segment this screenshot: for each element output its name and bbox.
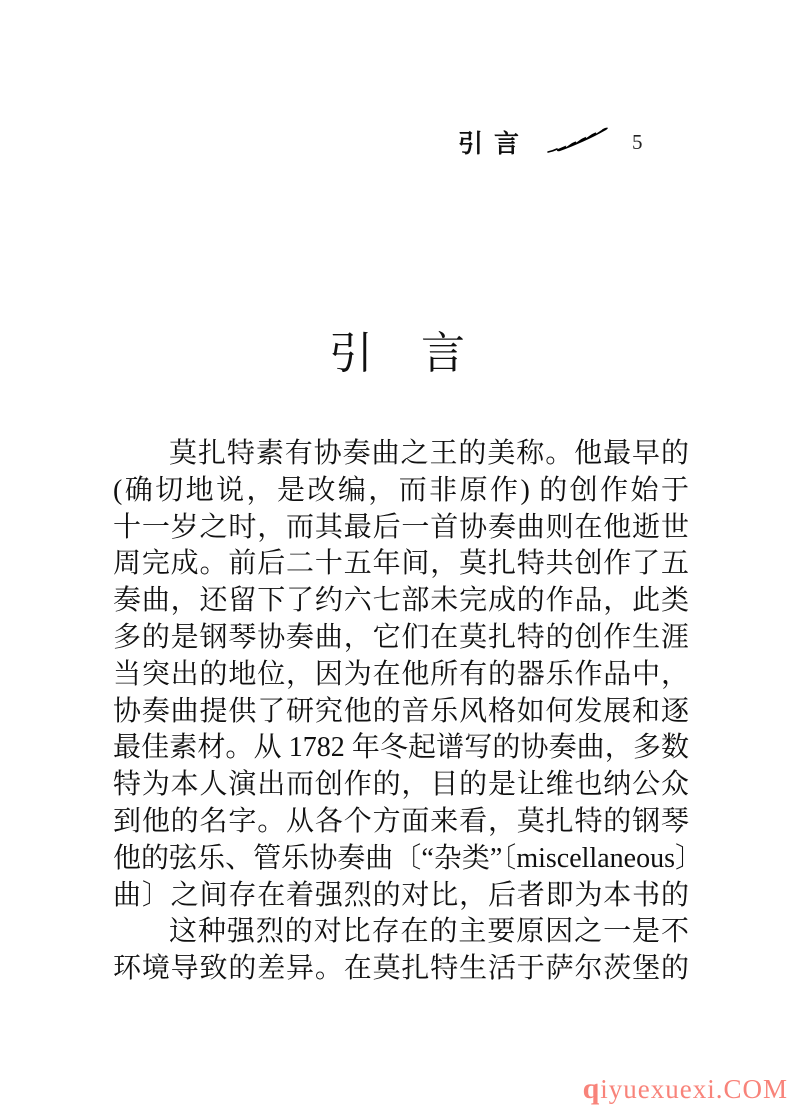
body-line: 莫扎特素有协奏曲之王的美称。他最早的协奏曲 — [113, 436, 689, 473]
body-line: 到他的名字。从各个方面来看，莫扎特的钢琴协奏曲和 — [113, 804, 689, 841]
body-line: 曲〕之间存在着强烈的对比，后者即为本书的主题。 — [113, 878, 689, 915]
running-header-title: 引言 — [458, 124, 530, 160]
body-line: 特为本人演出而创作的，目的是让维也纳公众能经常见 — [113, 767, 689, 804]
body-line: (确切地说，是改编，而非原作) 的创作始于 1767 年他 — [113, 473, 689, 510]
body-line: 协奏曲提供了研究他的音乐风格如何发展和逐步成熟的 — [113, 694, 689, 731]
body-line: 当突出的地位，因为在他所有的器乐作品中，这些钢琴 — [113, 657, 689, 694]
watermark: qiyuexuexi.COM — [583, 1072, 788, 1106]
body-line: 周完成。前后二十五年间，莫扎特共创作了五十余首协 — [113, 546, 689, 583]
body-line: 环境导致的差异。在莫扎特生活于萨尔茨堡的青少年时 — [113, 951, 689, 988]
watermark-bold-letter: q — [583, 1072, 601, 1105]
watermark-rest: iyuexuexi.COM — [600, 1074, 788, 1104]
calligraphic-flourish-icon — [546, 125, 612, 160]
body-line: 十一岁之时，而其最后一首协奏曲则在他逝世前七或八 — [113, 510, 689, 547]
body-line: 最佳素材。从 1782 年冬起谱写的协奏曲，多数是莫扎 — [113, 730, 689, 767]
body-text: 莫扎特素有协奏曲之王的美称。他最早的协奏曲 (确切地说，是改编，而非原作) 的创… — [113, 436, 689, 988]
book-page: 引言 5 引言 莫扎特素有协奏曲之王的美称。他最早的协奏曲 (确切地说，是改编，… — [0, 0, 794, 1120]
body-line: 这种强烈的对比存在的主要原因之一是不同的历史 — [113, 914, 689, 951]
page-number: 5 — [632, 130, 643, 155]
body-line: 多的是钢琴协奏曲，它们在莫扎特的创作生涯中占有相 — [113, 620, 689, 657]
running-header: 引言 5 — [458, 124, 643, 160]
chapter-title: 引言 — [0, 317, 794, 381]
body-line: 奏曲，还留下了约六七部未完成的作品，此类作品中最 — [113, 583, 689, 620]
body-line: 他的弦乐、管乐协奏曲〔“杂类”〔miscellaneous〕协奏 — [113, 841, 689, 878]
